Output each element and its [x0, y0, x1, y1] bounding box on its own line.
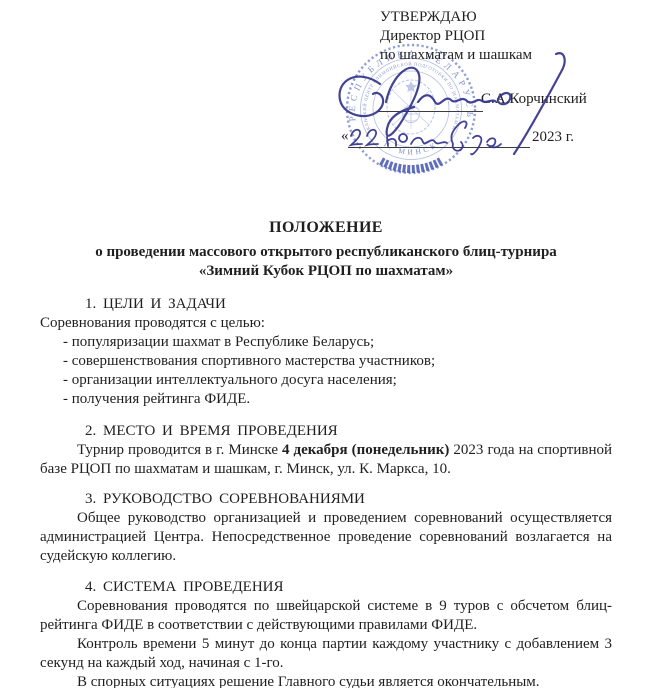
page-title: ПОЛОЖЕНИЕ	[40, 218, 612, 237]
section3-heading: 3. РУКОВОДСТВО СОРЕВНОВАНИЯМИ	[40, 490, 612, 509]
handwritten-date-ink-icon	[345, 116, 535, 160]
stamp-bottom-band	[381, 161, 441, 169]
section4-paragraph2: Контроль времени 5 минут до конца партии…	[40, 635, 612, 673]
section2-text-before: Турнир проводится в г. Минске	[77, 442, 282, 458]
list-item: - популяризации шахмат в Республике Бела…	[63, 333, 612, 352]
section2-date-bold: 4 декабря (понедельник)	[282, 442, 449, 458]
section2-heading: 2. МЕСТО И ВРЕМЯ ПРОВЕДЕНИЯ	[40, 422, 612, 441]
section4-paragraph1: Соревнования проводятся по швейцарской с…	[40, 597, 612, 635]
approval-block: РЕСПУБЛИКА БЕЛАРУСЬ РЕСПУБЛИКАНСКИЙ ЦЕНТ…	[0, 0, 650, 200]
document-body: ПОЛОЖЕНИЕ о проведении массового открыто…	[40, 210, 612, 688]
list-item: - получения рейтинга ФИДЕ.	[63, 390, 612, 409]
list-item: - совершенствования спортивного мастерст…	[63, 352, 612, 371]
goals-list: - популяризации шахмат в Республике Бела…	[40, 333, 612, 409]
section3-paragraph: Общее руководство организацией и проведе…	[40, 509, 612, 566]
section4-heading: 4. СИСТЕМА ПРОВЕДЕНИЯ	[40, 578, 612, 597]
section1-intro: Соревнования проводятся с целью:	[40, 314, 612, 333]
approval-position-line1: Директор РЦОП	[380, 27, 532, 46]
section4-paragraph3: В спорных ситуациях решение Главного суд…	[40, 673, 612, 688]
document-subtitle: о проведении массового открытого республ…	[40, 243, 612, 281]
section1-heading: 1. ЦЕЛИ И ЗАДАЧИ	[40, 295, 612, 314]
subtitle-line2: «Зимний Кубок РЦОП по шахматам»	[40, 262, 612, 281]
document-page: РЕСПУБЛИКА БЕЛАРУСЬ РЕСПУБЛИКАНСКИЙ ЦЕНТ…	[0, 0, 650, 688]
list-item: - организации интеллектуального досуга н…	[63, 371, 612, 390]
approval-label: УТВЕРЖДАЮ	[380, 8, 532, 27]
subtitle-line1: о проведении массового открытого республ…	[40, 243, 612, 262]
section2-paragraph: Турнир проводится в г. Минске 4 декабря …	[40, 441, 612, 479]
